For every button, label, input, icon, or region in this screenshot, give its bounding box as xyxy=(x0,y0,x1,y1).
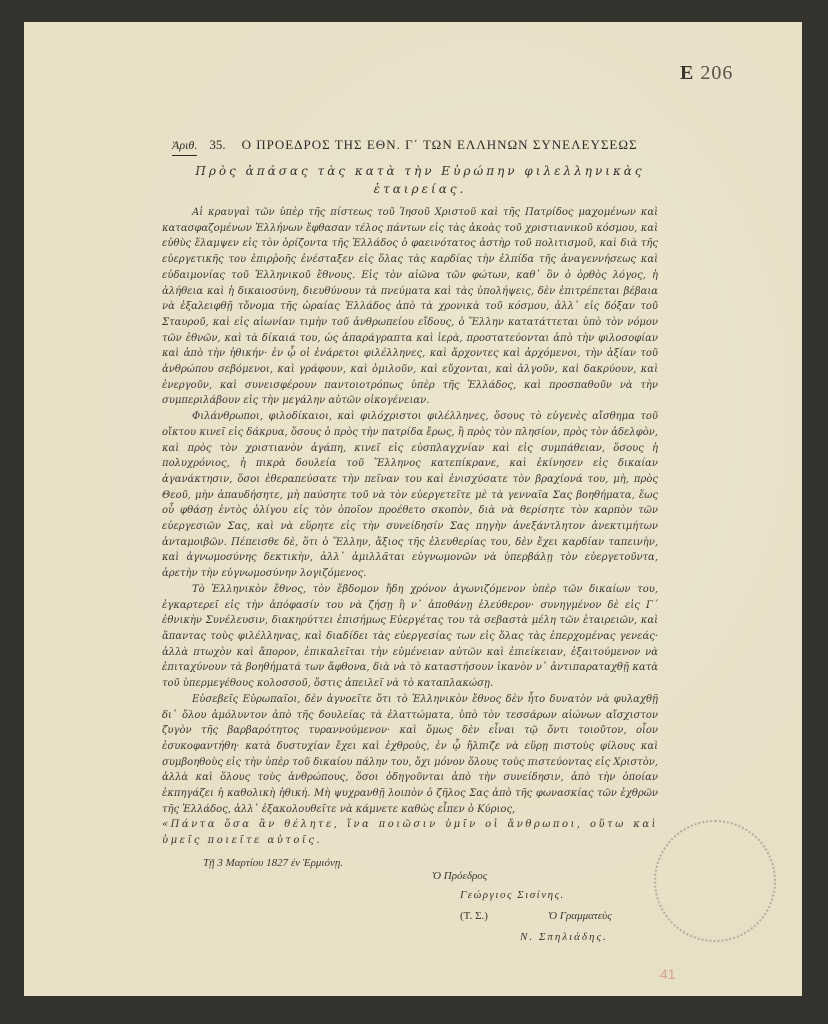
document-body: Αἱ κραυγαὶ τῶν ὑπὲρ τῆς πίστεως τοῦ Ἰησο… xyxy=(162,205,658,849)
faded-circular-stamp-icon xyxy=(654,820,776,942)
scripture-quote: «Πάντα ὅσα ἂν θέλητε, ἵνα ποιῶσιν ὑμῖν ο… xyxy=(162,817,658,848)
catalog-stamp: E206 xyxy=(680,62,733,85)
paragraph: Αἱ κραυγαὶ τῶν ὑπὲρ τῆς πίστεως τοῦ Ἰησο… xyxy=(162,205,658,409)
document-subtitle: Πρὸς ἁπάσας τὰς κατὰ τὴν Εὐρώπην φιλελλη… xyxy=(170,162,670,198)
paragraph: Τὸ Ἑλληνικὸν ἔθνος, τὸν ἕβδομον ἤδη χρόν… xyxy=(162,582,658,692)
paragraph: Εὐσεβεῖς Εὐρωπαῖοι, δὲν ἀγνοεῖτε ὅτι τὸ … xyxy=(162,692,658,818)
document-header: Ἀριθ. 35. Ο ΠΡΟΕΔΡΟΣ ΤΗΣ ΕΘΝ. Γ΄ ΤΩΝ ΕΛΛ… xyxy=(172,136,672,154)
secretary-name: Ν. Σπηλιάδης. xyxy=(520,931,608,943)
document-number: 35. xyxy=(209,137,225,152)
number-label: Ἀριθ. xyxy=(172,138,197,156)
pencil-note: 41 xyxy=(660,966,676,982)
president-title: Ὁ Πρόεδρος xyxy=(432,870,487,882)
paragraph: Φιλάνθρωποι, φιλοδίκαιοι, καὶ φιλόχριστο… xyxy=(162,409,658,582)
catalog-number: 206 xyxy=(700,62,733,84)
catalog-letter: E xyxy=(680,62,694,84)
dateline: Τῇ 3 Μαρτίου 1827 ἐν Ἑρμιόνῃ. xyxy=(203,857,343,869)
seal-mark: (Τ. Σ.) xyxy=(460,910,488,922)
secretary-title: Ὁ Γραμματεὺς xyxy=(548,910,612,922)
document-title: Ο ΠΡΟΕΔΡΟΣ ΤΗΣ ΕΘΝ. Γ΄ ΤΩΝ ΕΛΛΗΝΩΝ ΣΥΝΕΛ… xyxy=(242,137,638,152)
president-name: Γεώργιος Σισίνης. xyxy=(460,889,565,901)
